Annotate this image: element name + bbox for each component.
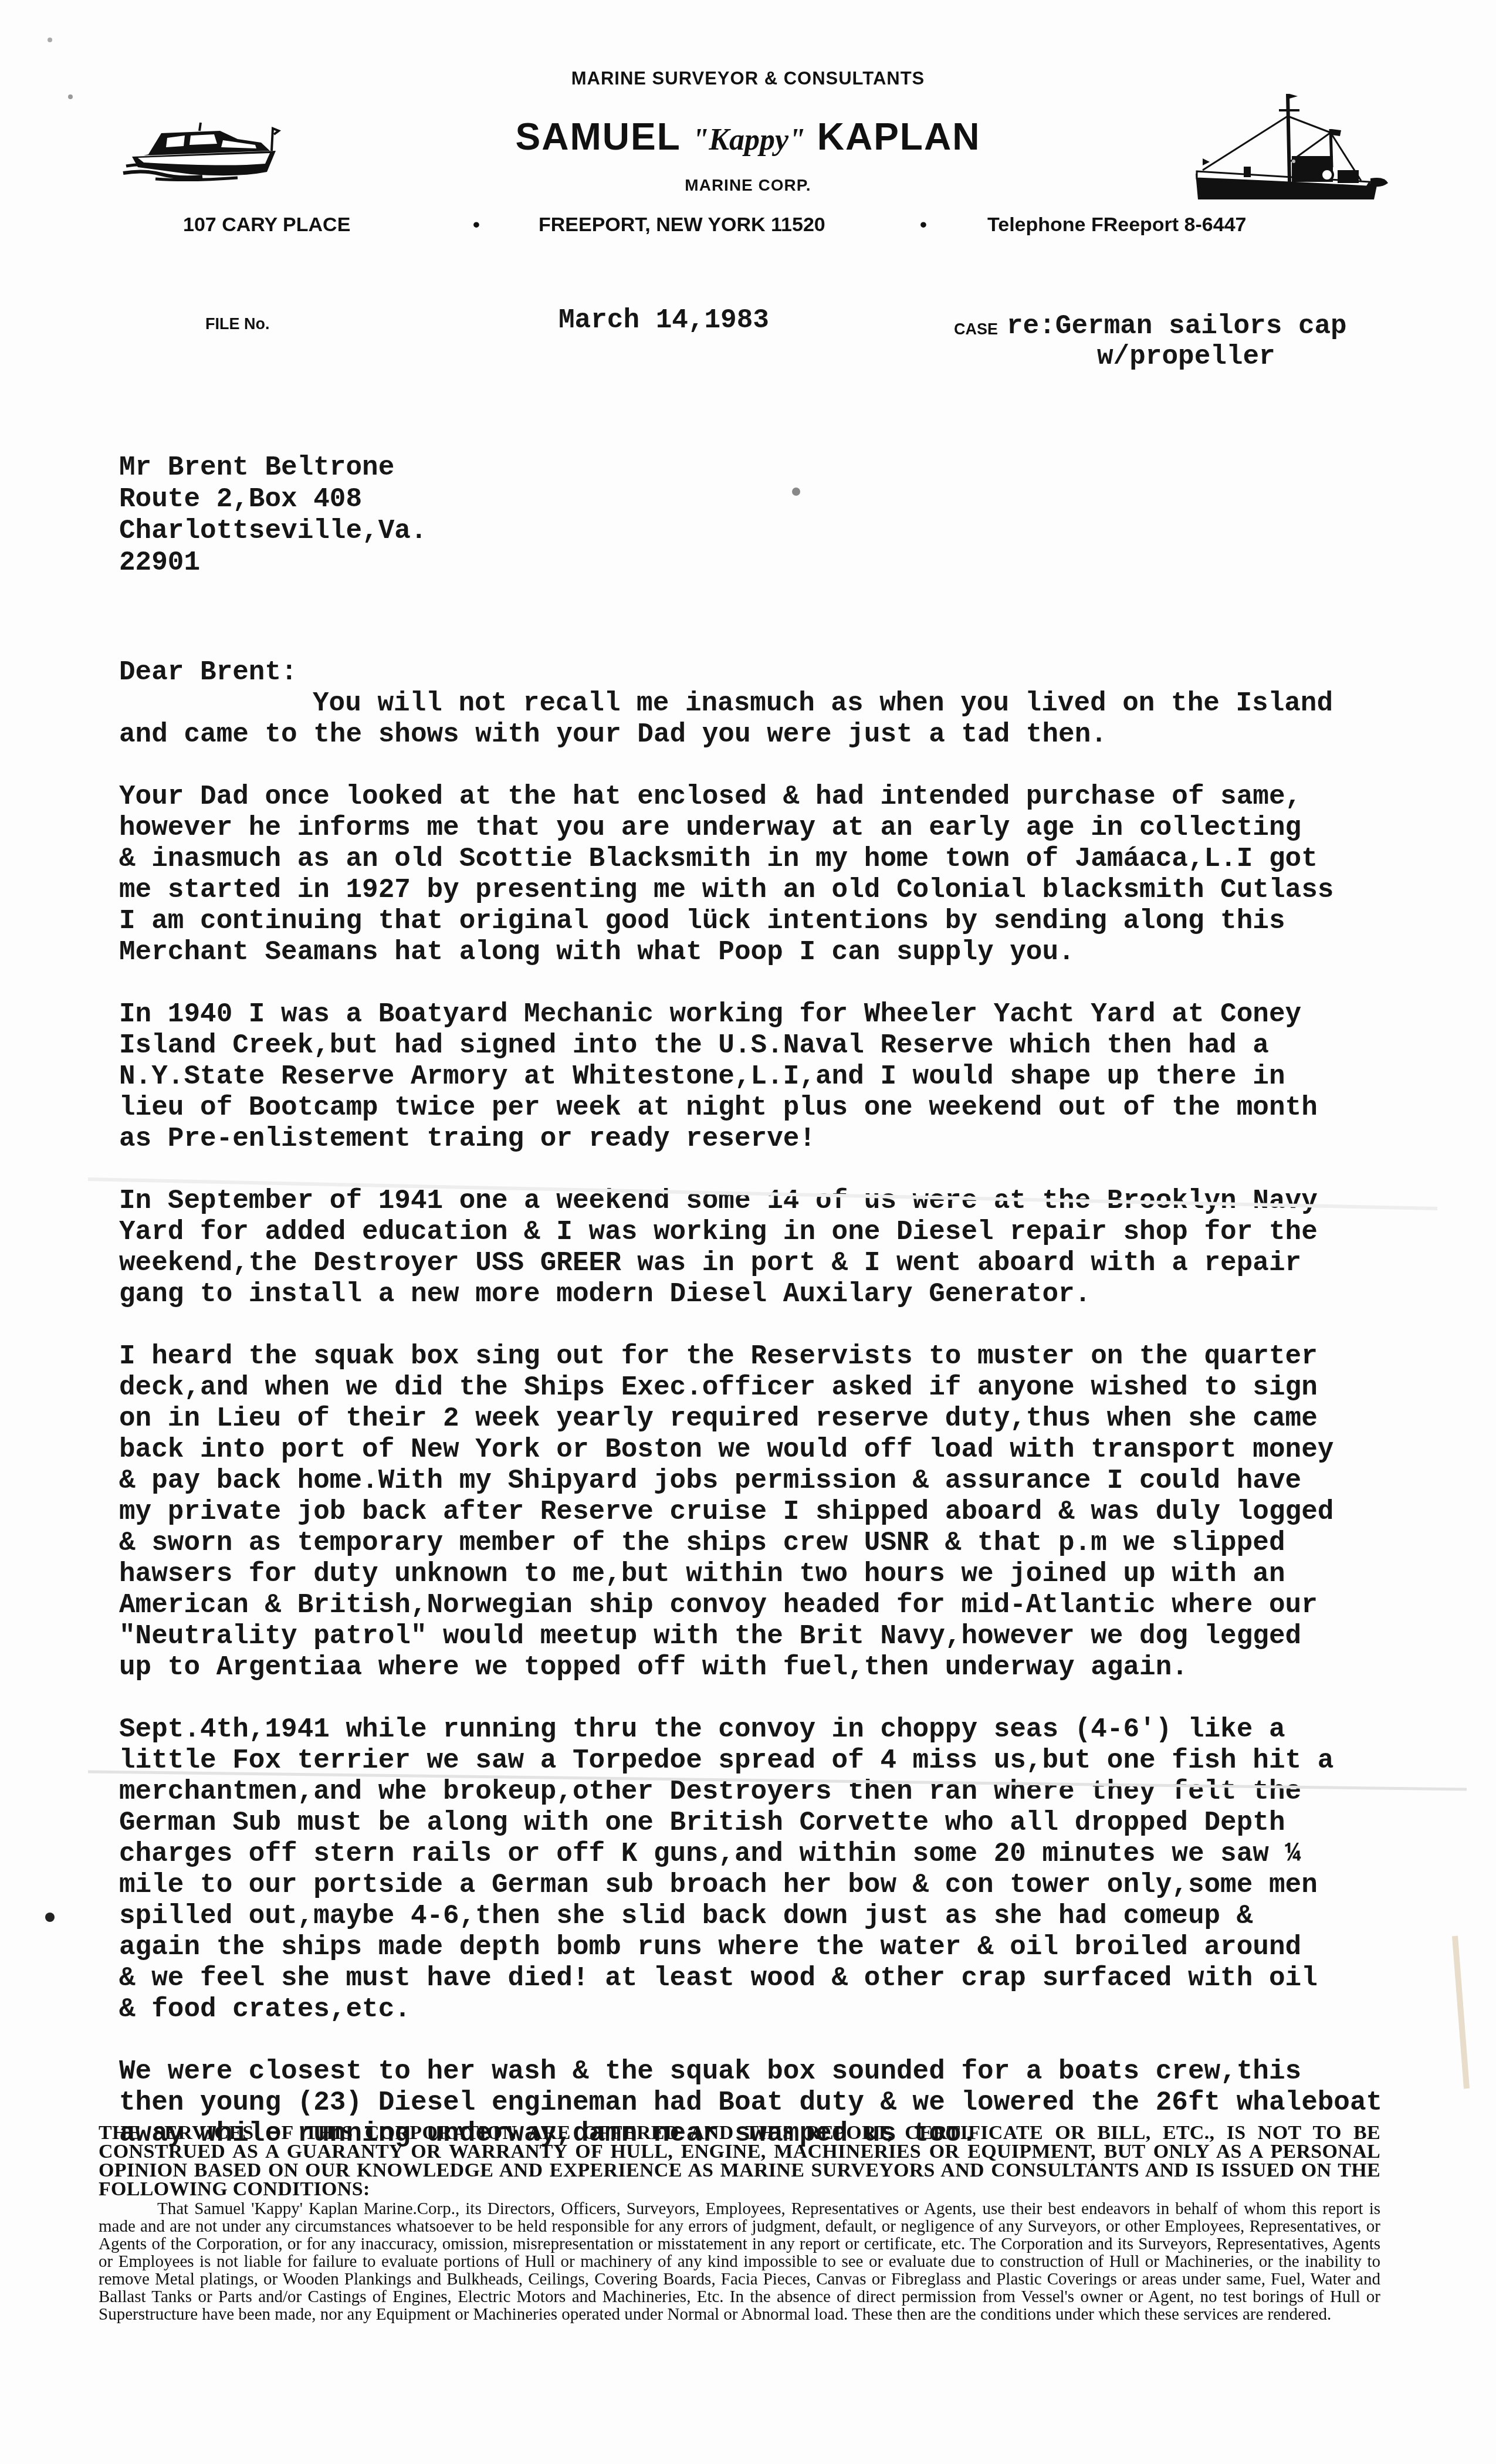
- file-number-label: FILE No.: [205, 315, 270, 333]
- letter-date: March 14,1983: [559, 305, 769, 336]
- case-subject-line1: re:German sailors cap: [1007, 311, 1347, 341]
- recipient-address: Mr Brent Beltrone Route 2,Box 408 Charlo…: [119, 452, 427, 578]
- letterhead-street: 107 CARY PLACE: [183, 214, 350, 236]
- recipient-zip: 22901: [119, 547, 427, 578]
- recipient-street: Route 2,Box 408: [119, 483, 427, 515]
- letter-body: Dear Brent: You will not recall me inasm…: [119, 657, 1492, 2181]
- disclaimer-heading: THE SERVICES OF THIS CORPORATION ARE OFF…: [99, 2124, 1380, 2199]
- paragraph-text: You will not recall me inasmuch as when …: [119, 688, 1333, 750]
- paragraph-squak-box: I heard the squak box sing out for the R…: [119, 1341, 1492, 1683]
- recipient-city: Charlottseville,Va.: [119, 515, 427, 547]
- disclaimer: THE SERVICES OF THIS CORPORATION ARE OFF…: [99, 2124, 1380, 2323]
- letterhead-tagline: MARINE SURVEYOR & CONSULTANTS: [0, 68, 1496, 89]
- paragraph-september-1941: In September of 1941 one a weekend some …: [119, 1186, 1492, 1310]
- name-last: KAPLAN: [817, 116, 981, 158]
- letterhead-telephone: Telephone FReeport 8-6447: [987, 214, 1247, 236]
- recipient-name: Mr Brent Beltrone: [119, 452, 427, 483]
- paragraph-1940: In 1940 I was a Boatyard Mechanic workin…: [119, 999, 1492, 1155]
- fishing-trawler-icon: [1191, 88, 1390, 205]
- paragraph-intro: You will not recall me inasmuch as when …: [119, 688, 1492, 750]
- case-subject-line2: w/propeller: [1097, 341, 1275, 372]
- case-label: CASE: [954, 320, 998, 339]
- letterhead-bullet: •: [920, 214, 927, 236]
- paragraph-sept-4th: Sept.4th,1941 while running thru the con…: [119, 1714, 1492, 2025]
- name-nickname: "Kappy": [692, 123, 805, 157]
- name-first: SAMUEL: [516, 116, 681, 158]
- disclaimer-conditions: That Samuel 'Kappy' Kaplan Marine.Corp.,…: [99, 2200, 1380, 2323]
- salutation: Dear Brent:: [119, 657, 1492, 688]
- letterhead-bullet: •: [473, 214, 480, 236]
- letterhead-city: FREEPORT, NEW YORK 11520: [539, 214, 825, 236]
- letter-page: MARINE SURVEYOR & CONSULTANTS SAMUEL "Ka…: [0, 0, 1496, 2464]
- cabin-cruiser-icon: [120, 120, 285, 185]
- paragraph-hat: Your Dad once looked at the hat enclosed…: [119, 781, 1492, 968]
